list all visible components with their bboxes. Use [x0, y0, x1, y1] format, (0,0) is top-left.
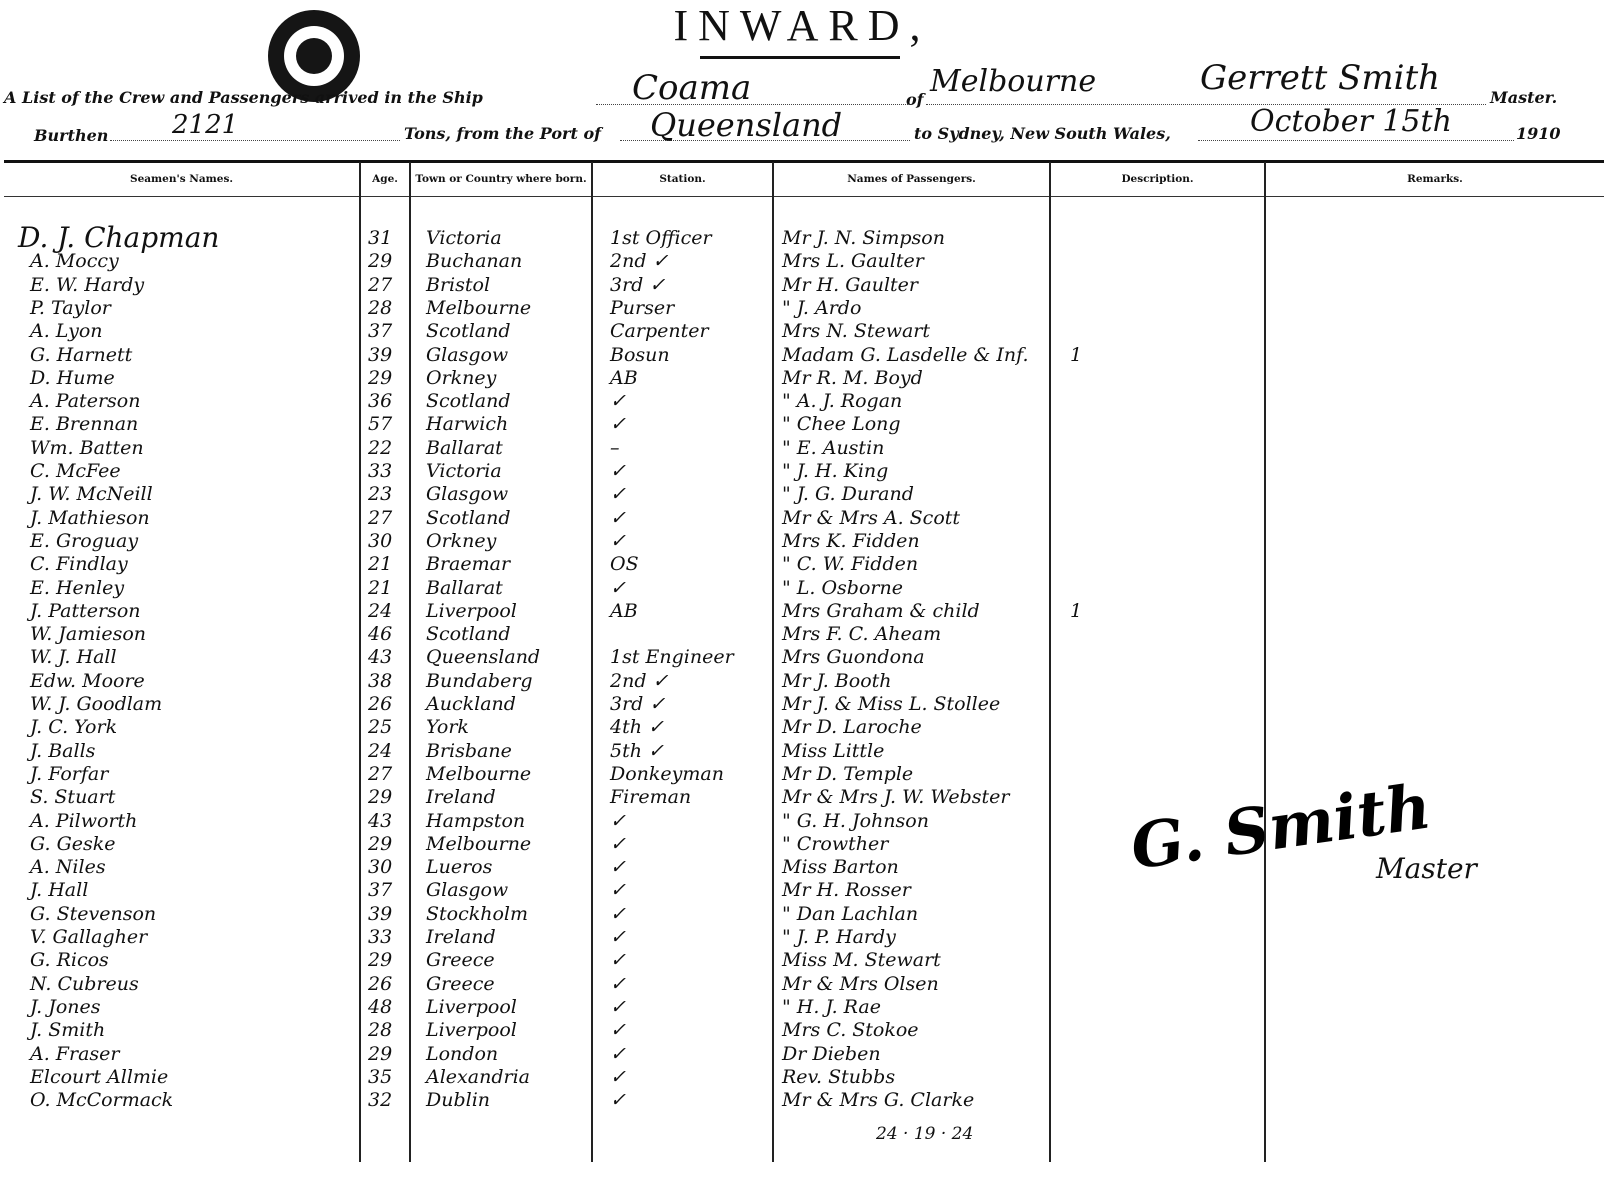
seaman-age: 29 [368, 785, 392, 809]
master-name-value: Gerrett Smith [1200, 58, 1440, 98]
col-header-description: Description. [1051, 162, 1264, 196]
passenger-name: Miss M. Stewart [782, 948, 941, 972]
passenger-name: Mrs K. Fidden [782, 529, 920, 553]
passenger-name: " G. H. Johnson [782, 809, 929, 833]
seaman-age: 27 [368, 762, 392, 786]
seaman-birthplace: Greece [426, 948, 495, 972]
passenger-name: Mrs L. Gaulter [782, 249, 924, 273]
passenger-name: " C. W. Fidden [782, 552, 918, 576]
seaman-name: A. Moccy [30, 249, 119, 273]
seaman-name: G. Ricos [30, 948, 109, 972]
seaman-age: 24 [368, 599, 392, 623]
seaman-birthplace: Bristol [426, 273, 490, 297]
seaman-birthplace: Hampston [426, 809, 525, 833]
seaman-birthplace: Scotland [426, 319, 511, 343]
burthen-label: Burthen [34, 126, 108, 145]
seaman-birthplace: Queensland [426, 645, 540, 669]
passenger-name: Mr J. N. Simpson [782, 226, 945, 250]
col-divider [1049, 162, 1051, 1162]
seaman-station: Purser [610, 296, 674, 320]
seaman-station: AB [610, 599, 638, 623]
home-port-value: Melbourne [930, 64, 1096, 99]
seaman-station: ✓ [610, 1065, 626, 1089]
seaman-station: ✓ [610, 809, 626, 833]
seaman-name: S. Stuart [30, 785, 115, 809]
passenger-name: " Crowther [782, 832, 888, 856]
seaman-name: W. Jamieson [30, 622, 146, 646]
seaman-age: 46 [368, 622, 392, 646]
passenger-name: Mr & Mrs G. Clarke [782, 1088, 974, 1112]
seaman-birthplace: Melbourne [426, 762, 531, 786]
seaman-station: 3rd ✓ [610, 692, 665, 716]
seaman-name: A. Niles [30, 855, 106, 879]
seaman-name: Wm. Batten [30, 436, 144, 460]
col-header-age: Age. [361, 162, 409, 196]
passenger-name: Mrs Graham & child [782, 599, 980, 623]
seaman-age: 23 [368, 482, 392, 506]
seaman-birthplace: Greece [426, 972, 495, 996]
seaman-age: 29 [368, 832, 392, 856]
seaman-name: J. Hall [30, 878, 88, 902]
seaman-name: C. McFee [30, 459, 121, 483]
seaman-station: ✓ [610, 1088, 626, 1112]
seaman-age: 24 [368, 739, 392, 763]
col-header-passengers: Names of Passengers. [774, 162, 1049, 196]
seaman-name: G. Geske [30, 832, 116, 856]
burthen-value: 2121 [172, 110, 238, 140]
seaman-name: P. Taylor [30, 296, 111, 320]
seaman-age: 43 [368, 645, 392, 669]
passenger-name: Madam G. Lasdelle & Inf. [782, 343, 1029, 367]
passenger-name: Mr J. Booth [782, 669, 892, 693]
seaman-station: ✓ [610, 459, 626, 483]
passenger-name: Mr & Mrs J. W. Webster [782, 785, 1009, 809]
seaman-birthplace: Ireland [426, 925, 496, 949]
passenger-name: " J. H. King [782, 459, 888, 483]
title-underline [700, 56, 900, 59]
seaman-name: W. J. Goodlam [30, 692, 162, 716]
seaman-birthplace: Orkney [426, 529, 496, 553]
master-label: Master. [1490, 88, 1557, 107]
burthen-line [110, 140, 400, 141]
seaman-name: G. Stevenson [30, 902, 156, 926]
seaman-age: 26 [368, 972, 392, 996]
seaman-station: ✓ [610, 412, 626, 436]
seaman-name: O. McCormack [30, 1088, 173, 1112]
date-line [1198, 140, 1514, 141]
seaman-station: ✓ [610, 1042, 626, 1066]
seaman-name: J. Balls [30, 739, 95, 763]
seaman-age: 48 [368, 995, 392, 1019]
seaman-station: Donkeyman [610, 762, 724, 786]
seaman-name: A. Pilworth [30, 809, 137, 833]
passenger-name: Mr J. & Miss L. Stollee [782, 692, 1000, 716]
passenger-name: Mr & Mrs A. Scott [782, 506, 960, 530]
seaman-station: Bosun [610, 343, 670, 367]
seaman-name: D. Hume [30, 366, 115, 390]
seaman-age: 33 [368, 459, 392, 483]
seaman-name: C. Findlay [30, 552, 128, 576]
seaman-name: N. Cubreus [30, 972, 139, 996]
seaman-station: ✓ [610, 948, 626, 972]
seaman-birthplace: York [426, 715, 469, 739]
seaman-name: A. Lyon [30, 319, 103, 343]
passenger-name: Mr H. Gaulter [782, 273, 918, 297]
seaman-name: J. Smith [30, 1018, 105, 1042]
col-divider [1264, 162, 1266, 1162]
page-title: INWARD, [0, 0, 1604, 51]
seaman-age: 28 [368, 296, 392, 320]
seaman-age: 22 [368, 436, 392, 460]
seaman-birthplace: Lueros [426, 855, 492, 879]
seaman-station: 2nd ✓ [610, 249, 668, 273]
from-port-value: Queensland [650, 106, 842, 144]
seaman-name: J. Mathieson [30, 506, 150, 530]
seaman-name: J. Forfar [30, 762, 108, 786]
seaman-age: 29 [368, 249, 392, 273]
col-divider [772, 162, 774, 1162]
passenger-name: Mr D. Temple [782, 762, 913, 786]
seaman-birthplace: Alexandria [426, 1065, 530, 1089]
passenger-name: Dr Dieben [782, 1042, 881, 1066]
seaman-birthplace: Liverpool [426, 995, 517, 1019]
col-header-remarks: Remarks. [1266, 162, 1604, 196]
seaman-birthplace: Buchanan [426, 249, 522, 273]
seaman-station: 3rd ✓ [610, 273, 665, 297]
seaman-station: OS [610, 552, 639, 576]
passenger-name: " H. J. Rae [782, 995, 881, 1019]
passenger-name: Mrs Guondona [782, 645, 925, 669]
seaman-name: E. W. Hardy [30, 273, 144, 297]
passenger-name: " Chee Long [782, 412, 901, 436]
seaman-name: V. Gallagher [30, 925, 147, 949]
seaman-age: 37 [368, 878, 392, 902]
seaman-name: A. Fraser [30, 1042, 119, 1066]
seaman-age: 25 [368, 715, 392, 739]
seaman-age: 57 [368, 412, 392, 436]
seaman-name: Edw. Moore [30, 669, 145, 693]
seaman-station: – [610, 436, 620, 460]
seaman-age: 43 [368, 809, 392, 833]
seaman-birthplace: Dublin [426, 1088, 490, 1112]
passenger-name: " E. Austin [782, 436, 884, 460]
seaman-station: 1st Engineer [610, 645, 734, 669]
seaman-birthplace: Victoria [426, 459, 502, 483]
seaman-age: 30 [368, 855, 392, 879]
seaman-name: D. J. Chapman [18, 226, 219, 250]
col-header-station: Station. [593, 162, 772, 196]
header-bottom-rule [4, 196, 1604, 197]
col-divider [409, 162, 411, 1162]
seaman-birthplace: Harwich [426, 412, 508, 436]
passenger-name: Mrs C. Stokoe [782, 1018, 919, 1042]
seaman-age: 29 [368, 948, 392, 972]
seaman-station: ✓ [610, 902, 626, 926]
seaman-birthplace: Melbourne [426, 832, 531, 856]
seaman-age: 27 [368, 506, 392, 530]
col-header-born: Town or Country where born. [411, 162, 591, 196]
seaman-name: G. Harnett [30, 343, 132, 367]
seaman-age: 27 [368, 273, 392, 297]
seaman-name: J. Patterson [30, 599, 141, 623]
date-value: October 15th [1250, 104, 1452, 139]
seaman-station: ✓ [610, 878, 626, 902]
col-divider [359, 162, 361, 1162]
seaman-station: 2nd ✓ [610, 669, 668, 693]
seaman-station: ✓ [610, 972, 626, 996]
seaman-station: ✓ [610, 576, 626, 600]
seaman-station: AB [610, 366, 638, 390]
seaman-birthplace: Braemar [426, 552, 510, 576]
seaman-age: 31 [368, 226, 392, 250]
passenger-name: " Dan Lachlan [782, 902, 918, 926]
seaman-station: 1st Officer [610, 226, 712, 250]
passenger-name: Mr H. Rosser [782, 878, 911, 902]
passenger-name: " A. J. Rogan [782, 389, 902, 413]
passenger-description: 1 [1070, 343, 1082, 367]
seaman-birthplace: Victoria [426, 226, 502, 250]
seaman-name: E. Henley [30, 576, 124, 600]
seaman-station: ✓ [610, 925, 626, 949]
seaman-age: 21 [368, 552, 392, 576]
seaman-birthplace: Liverpool [426, 1018, 517, 1042]
seaman-station: ✓ [610, 506, 626, 530]
passenger-name: " L. Osborne [782, 576, 903, 600]
seaman-birthplace: Ireland [426, 785, 496, 809]
seaman-birthplace: Scotland [426, 389, 511, 413]
seaman-birthplace: Scotland [426, 506, 511, 530]
seaman-birthplace: Bundaberg [426, 669, 533, 693]
passenger-name: " J. P. Hardy [782, 925, 896, 949]
passenger-name: Miss Little [782, 739, 884, 763]
passenger-name: Mrs N. Stewart [782, 319, 930, 343]
list-intro-label: A List of the Crew and Passengers arrive… [4, 88, 483, 107]
passenger-name: Mrs F. C. Aheam [782, 622, 941, 646]
seaman-age: 21 [368, 576, 392, 600]
col-header-seamen-names: Seamen's Names. [4, 162, 359, 196]
footer-note: 24 · 19 · 24 [876, 1124, 973, 1144]
seaman-station: ✓ [610, 482, 626, 506]
seaman-age: 39 [368, 902, 392, 926]
to-sydney-label: to Sydney, New South Wales, [914, 124, 1171, 143]
seaman-birthplace: Ballarat [426, 436, 503, 460]
seaman-station: 5th ✓ [610, 739, 664, 763]
seaman-age: 30 [368, 529, 392, 553]
passenger-name: " J. Ardo [782, 296, 861, 320]
passenger-name: Mr D. Laroche [782, 715, 922, 739]
seaman-age: 36 [368, 389, 392, 413]
seaman-age: 37 [368, 319, 392, 343]
year-value: 1910 [1516, 124, 1561, 143]
seaman-station: ✓ [610, 855, 626, 879]
seaman-age: 32 [368, 1088, 392, 1112]
seaman-birthplace: Liverpool [426, 599, 517, 623]
seaman-age: 33 [368, 925, 392, 949]
passenger-name: Mr & Mrs Olsen [782, 972, 939, 996]
seaman-birthplace: Glasgow [426, 878, 508, 902]
seaman-age: 35 [368, 1065, 392, 1089]
seaman-age: 29 [368, 366, 392, 390]
seaman-name: J. Jones [30, 995, 101, 1019]
col-divider [591, 162, 593, 1162]
seaman-name: Elcourt Allmie [30, 1065, 168, 1089]
seaman-station: ✓ [610, 995, 626, 1019]
seaman-age: 39 [368, 343, 392, 367]
passenger-name: Rev. Stubbs [782, 1065, 895, 1089]
seaman-birthplace: Auckland [426, 692, 516, 716]
seaman-age: 26 [368, 692, 392, 716]
seaman-age: 28 [368, 1018, 392, 1042]
seaman-station: Carpenter [610, 319, 709, 343]
passenger-name: " J. G. Durand [782, 482, 914, 506]
seaman-birthplace: London [426, 1042, 498, 1066]
passenger-name: Mr R. M. Boyd [782, 366, 923, 390]
seaman-age: 29 [368, 1042, 392, 1066]
seaman-station: ✓ [610, 529, 626, 553]
seaman-birthplace: Stockholm [426, 902, 528, 926]
seaman-station: ✓ [610, 832, 626, 856]
seaman-age: 38 [368, 669, 392, 693]
seaman-birthplace: Glasgow [426, 343, 508, 367]
seaman-birthplace: Brisbane [426, 739, 512, 763]
ship-name-value: Coama [632, 68, 751, 108]
seaman-station: ✓ [610, 1018, 626, 1042]
passenger-name: Miss Barton [782, 855, 899, 879]
seaman-birthplace: Glasgow [426, 482, 508, 506]
seaman-name: E. Groguay [30, 529, 138, 553]
seaman-birthplace: Ballarat [426, 576, 503, 600]
seaman-name: E. Brennan [30, 412, 138, 436]
of-label: of [906, 90, 924, 109]
seaman-name: J. C. York [30, 715, 117, 739]
seaman-birthplace: Scotland [426, 622, 511, 646]
seaman-name: J. W. McNeill [30, 482, 153, 506]
seaman-birthplace: Melbourne [426, 296, 531, 320]
tons-from-port-label: Tons, from the Port of [404, 124, 601, 143]
seaman-name: A. Paterson [30, 389, 140, 413]
seaman-station: Fireman [610, 785, 691, 809]
passenger-description: 1 [1070, 599, 1082, 623]
seaman-station: 4th ✓ [610, 715, 664, 739]
seaman-name: W. J. Hall [30, 645, 117, 669]
seaman-birthplace: Orkney [426, 366, 496, 390]
seaman-station: ✓ [610, 389, 626, 413]
signature-title: Master [1376, 852, 1477, 885]
